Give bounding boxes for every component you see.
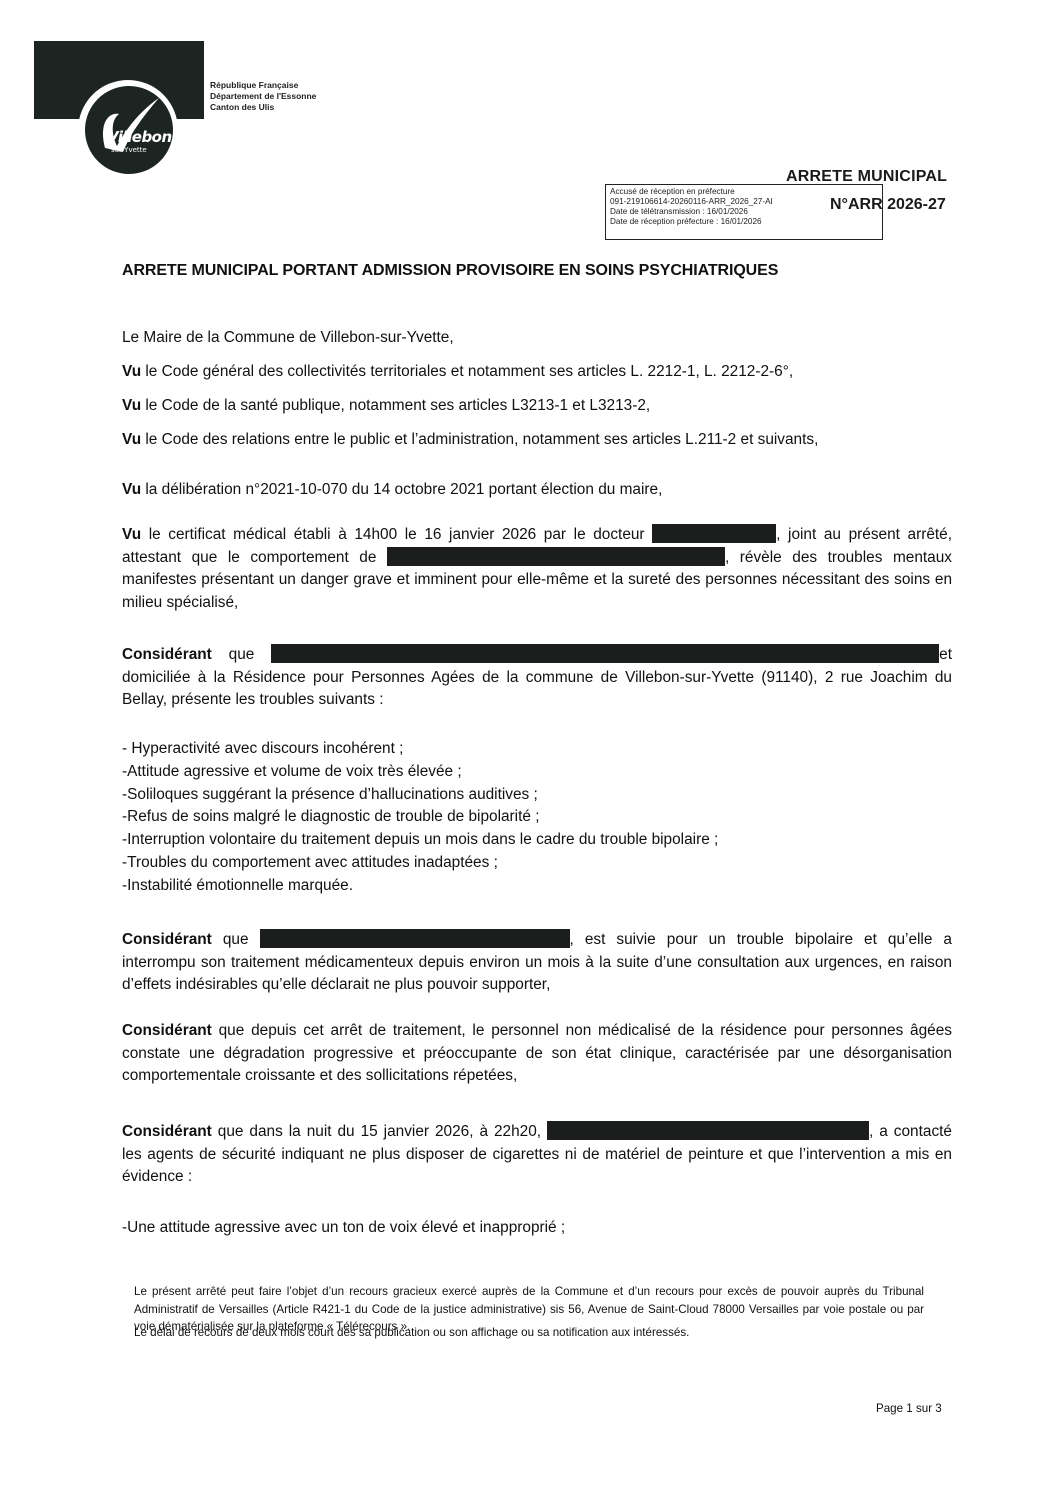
list-item: -Attitude agressive et volume de voix tr… xyxy=(122,761,718,784)
considerant-2: Considérant que , est suivie pour un tro… xyxy=(122,929,952,997)
list-item: -Soliloques suggérant la présence d’hall… xyxy=(122,784,718,807)
considerant-label: Considérant xyxy=(122,1022,212,1039)
delai-notice: Le délai de recours de deux mois court d… xyxy=(134,1326,689,1339)
considerant-3: Considérant que depuis cet arrêt de trai… xyxy=(122,1020,952,1088)
vu-text: la délibération n°2021-10-070 du 14 octo… xyxy=(141,481,662,498)
list-item: -Instabilité émotionnelle marquée. xyxy=(122,875,718,898)
vu-label: Vu xyxy=(122,363,141,380)
list-item: - Hyperactivité avec discours incohérent… xyxy=(122,738,718,761)
organization-block: République Française Département de l'Es… xyxy=(210,80,316,113)
list-item: -Une attitude agressive avec un ton de v… xyxy=(122,1217,565,1240)
stamp-line: Accusé de réception en préfecture xyxy=(610,187,773,197)
org-line: Département de l'Essonne xyxy=(210,91,316,102)
considerant-label: Considérant xyxy=(122,646,212,663)
list-item: -Troubles du comportement avec attitudes… xyxy=(122,852,718,875)
list-item: -Interruption volontaire du traitement d… xyxy=(122,829,718,852)
considerant-text: que dans la nuit du 15 janvier 2026, à 2… xyxy=(212,1123,547,1140)
logo-subname: sur Yvette xyxy=(111,146,147,154)
page-title: ARRETE MUNICIPAL PORTANT ADMISSION PROVI… xyxy=(122,262,778,280)
vu-certificat: Vu le certificat médical établi à 14h00 … xyxy=(122,524,952,614)
intro: Le Maire de la Commune de Villebon-sur-Y… xyxy=(122,327,952,350)
vu-label: Vu xyxy=(122,526,141,543)
redaction-block xyxy=(547,1121,869,1140)
vu-text: le Code de la santé publique, notamment … xyxy=(141,397,650,414)
stamp-line: 091-219106614-20260116-ARR_2026_27-AI xyxy=(610,197,773,207)
considerant-label: Considérant xyxy=(122,1123,212,1140)
redaction-block xyxy=(260,929,570,948)
considerant-1: Considérant que et domiciliée à la Résid… xyxy=(122,644,952,712)
org-line: République Française xyxy=(210,80,316,91)
considerant-text: que xyxy=(212,646,271,663)
vu-clause: Vu le Code des relations entre le public… xyxy=(122,429,952,452)
vu-label: Vu xyxy=(122,481,141,498)
stamp-line: Date de réception préfecture : 16/01/202… xyxy=(610,217,773,227)
vu-text: le Code général des collectivités territ… xyxy=(141,363,793,380)
redaction-block xyxy=(652,524,776,543)
intervention-list: -Une attitude agressive avec un ton de v… xyxy=(122,1217,565,1240)
considerant-4: Considérant que dans la nuit du 15 janvi… xyxy=(122,1121,952,1189)
troubles-list: - Hyperactivité avec discours incohérent… xyxy=(122,738,718,898)
redaction-block xyxy=(271,644,939,663)
vu-label: Vu xyxy=(122,397,141,414)
stamp-line: Date de télétransmission : 16/01/2026 xyxy=(610,207,773,217)
vu-text: le Code des relations entre le public et… xyxy=(141,431,818,448)
page-number: Page 1 sur 3 xyxy=(876,1402,942,1415)
org-line: Canton des Ulis xyxy=(210,102,316,113)
villebon-logo-icon: Villebon sur Yvette xyxy=(85,86,173,174)
considerant-text: que xyxy=(212,931,260,948)
list-item: -Refus de soins malgré le diagnostic de … xyxy=(122,806,718,829)
vu-clause: Vu le Code de la santé publique, notamme… xyxy=(122,395,952,418)
certificat-text: le certificat médical établi à 14h00 le … xyxy=(141,526,652,543)
prefecture-stamp: Accusé de réception en préfecture 091-21… xyxy=(605,184,883,240)
vu-clause: Vu la délibération n°2021-10-070 du 14 o… xyxy=(122,479,952,502)
vu-clause: Vu le Code général des collectivités ter… xyxy=(122,361,952,384)
considerant-text: que depuis cet arrêt de traitement, le p… xyxy=(122,1022,952,1084)
logo-name: Villebon xyxy=(107,128,172,146)
vu-label: Vu xyxy=(122,431,141,448)
considerant-label: Considérant xyxy=(122,931,212,948)
redaction-block xyxy=(387,547,725,566)
